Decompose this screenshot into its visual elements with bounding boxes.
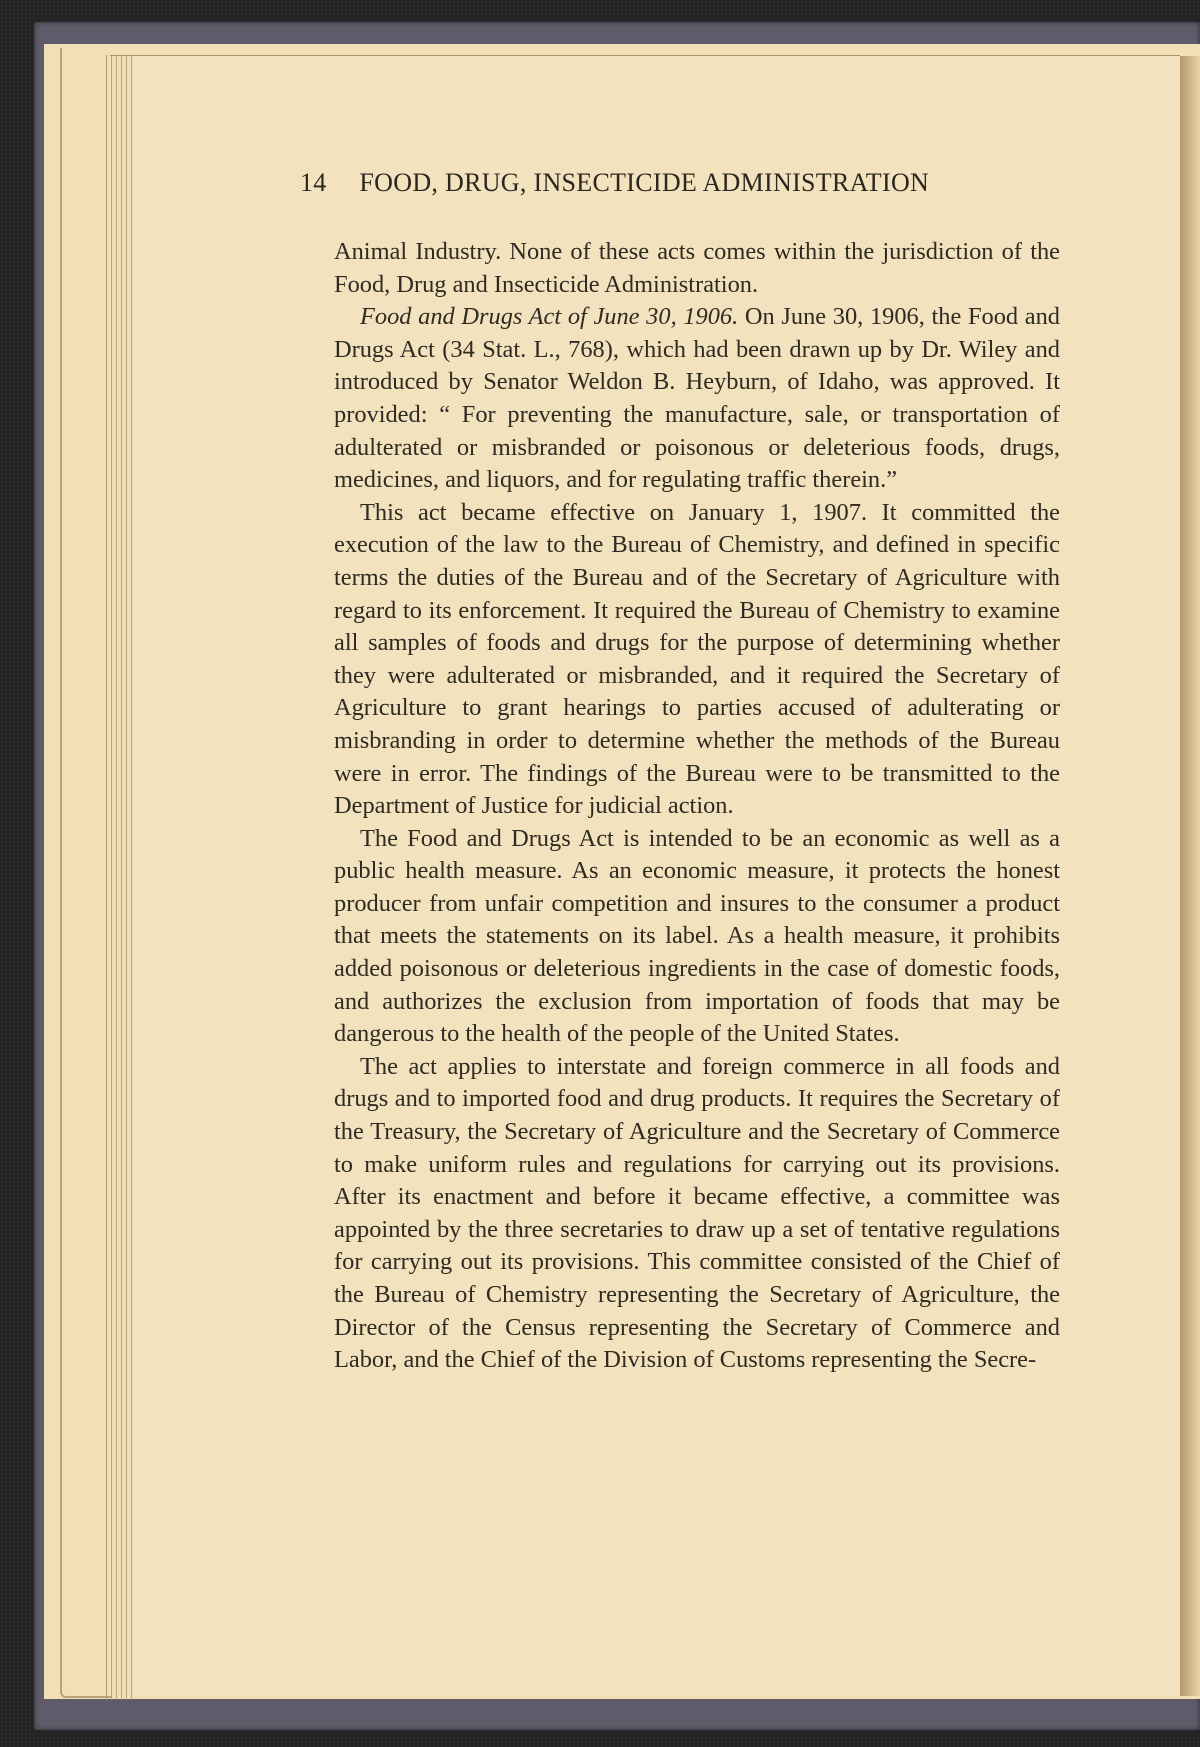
section-heading-italic: Food and Drugs Act of June 30, 1906. (360, 303, 738, 330)
running-head: 14 FOOD, DRUG, INSECTICIDE ADMINISTRATIO… (300, 168, 1060, 198)
paragraph-4: The Food and Drugs Act is intended to be… (334, 823, 1060, 1051)
page-stack-edges (106, 55, 133, 1700)
paragraph-text: On June 30, 1906, the Food and Drugs Act… (334, 303, 1060, 493)
paragraph-1: Animal Industry. None of these acts come… (334, 236, 1060, 301)
right-page-edge (1180, 56, 1200, 1696)
paragraph-5: The act applies to interstate and foreig… (334, 1051, 1060, 1377)
paragraph-2: Food and Drugs Act of June 30, 1906. On … (334, 301, 1060, 497)
running-head-title: FOOD, DRUG, INSECTICIDE ADMINISTRATION (359, 168, 929, 197)
paragraph-text: The Food and Drugs Act is intended to be… (334, 825, 1060, 1048)
page-number: 14 (300, 168, 327, 197)
body-text: Animal Industry. None of these acts come… (334, 236, 1060, 1377)
paragraph-3: This act became effective on January 1, … (334, 497, 1060, 823)
paragraph-text: The act applies to interstate and foreig… (334, 1053, 1060, 1373)
left-page-flap (60, 48, 112, 1698)
paragraph-text: Animal Industry. None of these acts come… (334, 238, 1060, 298)
paragraph-text: This act became effective on January 1, … (334, 499, 1060, 819)
